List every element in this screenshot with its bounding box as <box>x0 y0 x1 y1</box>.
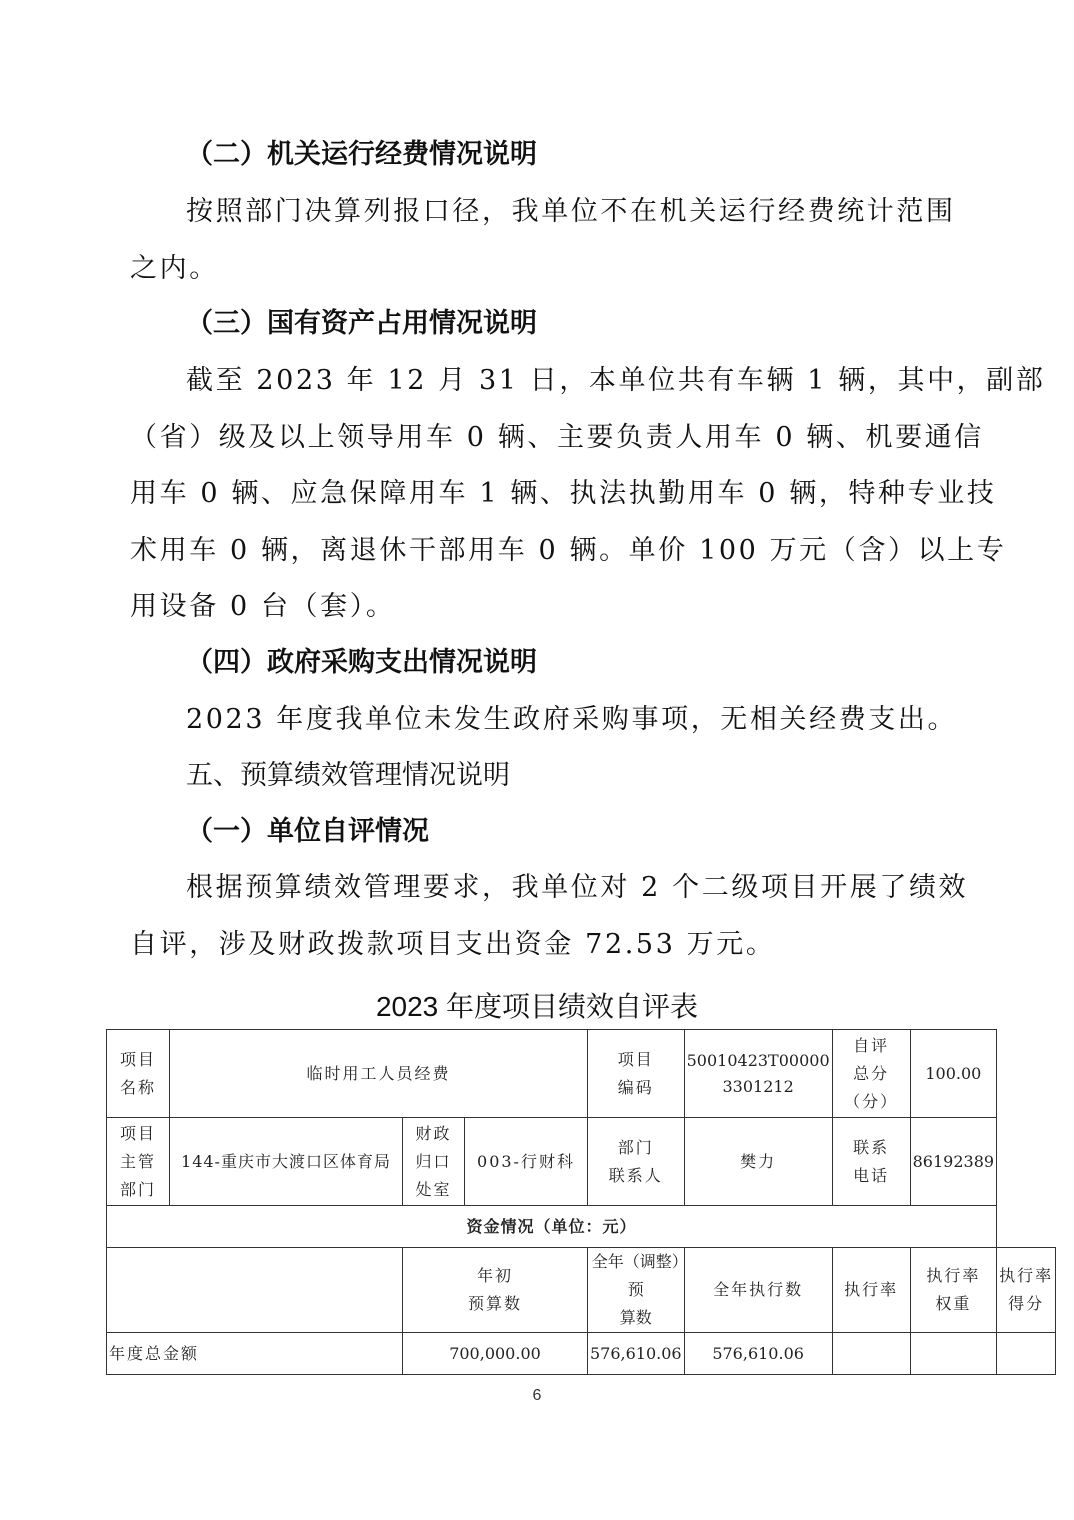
paragraph-line: 自评，涉及财政拨款项目支出资金 72.53 万元。 <box>130 930 775 960</box>
paragraph-line: 按照部门决算列报口径，我单位不在机关运行经费统计范围 <box>186 197 956 227</box>
section-heading-2: （二）机关运行经费情况说明 <box>186 140 537 170</box>
paragraph-line: 术用车 0 辆，离退休干部用车 0 辆。单价 100 万元（含）以上专 <box>130 536 1006 566</box>
header-adjusted-budget: 全年（调整）预算数 <box>588 1248 685 1333</box>
label-finance-office: 财政归口处室 <box>403 1118 465 1206</box>
total-label: 年度总金额 <box>107 1333 403 1375</box>
total-exec-rate <box>832 1333 910 1375</box>
paragraph-line: 截至 2023 年 12 月 31 日，本单位共有车辆 1 辆，其中，副部 <box>186 366 1045 396</box>
table-title: 2023 年度项目绩效自评表 <box>0 985 1074 1025</box>
header-blank <box>107 1248 403 1333</box>
value-phone: 86192389 <box>910 1118 996 1206</box>
header-exec-rate-score: 执行率得分 <box>997 1248 1056 1333</box>
performance-evaluation-table: 项目名称 临时用工人员经费 项目编码 50010423T000003301212… <box>106 1029 1056 1375</box>
total-initial-budget: 700,000.00 <box>403 1333 588 1375</box>
total-adjusted-budget: 576,610.06 <box>588 1333 685 1375</box>
table-row-funding-header: 资金情况（单位：元） <box>107 1206 1056 1248</box>
paragraph-line: （省）级及以上领导用车 0 辆、主要负责人用车 0 辆、机要通信 <box>130 423 984 453</box>
section-heading-5-1: （一）单位自评情况 <box>186 817 429 847</box>
table-row-project-name: 项目名称 临时用工人员经费 项目编码 50010423T000003301212… <box>107 1030 1056 1118</box>
section-heading-4: （四）政府采购支出情况说明 <box>186 648 537 678</box>
header-exec-rate-weight: 执行率权重 <box>910 1248 996 1333</box>
total-executed: 576,610.06 <box>684 1333 832 1375</box>
funding-section-header: 资金情况（单位：元） <box>107 1206 997 1248</box>
paragraph-line: 用车 0 辆、应急保障用车 1 辆、执法执勤用车 0 辆，特种专业技 <box>130 479 996 509</box>
paragraph-line: 根据预算绩效管理要求，我单位对 2 个二级项目开展了绩效 <box>186 873 968 903</box>
total-weight <box>910 1333 996 1375</box>
label-project-code: 项目编码 <box>588 1030 685 1118</box>
table-row-department: 项目主管部门 144-重庆市大渡口区体育局 财政归口处室 003-行财科 部门联… <box>107 1118 1056 1206</box>
value-finance-office: 003-行财科 <box>465 1118 588 1206</box>
label-phone: 联系电话 <box>832 1118 910 1206</box>
label-self-score: 自评总分（分） <box>832 1030 910 1118</box>
total-score <box>997 1333 1056 1375</box>
value-supervising-dept: 144-重庆市大渡口区体育局 <box>170 1118 403 1206</box>
table-row-column-headers: 年初预算数 全年（调整）预算数 全年执行数 执行率 执行率权重 执行率得分 <box>107 1248 1056 1333</box>
section-heading-3: （三）国有资产占用情况说明 <box>186 309 537 339</box>
paragraph-line: 2023 年度我单位未发生政府采购事项，无相关经费支出。 <box>186 705 957 735</box>
label-supervising-dept: 项目主管部门 <box>107 1118 170 1206</box>
chapter-heading-5: 五、预算绩效管理情况说明 <box>186 761 510 791</box>
value-project-code: 50010423T000003301212 <box>684 1030 832 1118</box>
label-project-name: 项目名称 <box>107 1030 170 1118</box>
value-dept-contact: 樊力 <box>684 1118 832 1206</box>
paragraph-line: 用设备 0 台（套）。 <box>130 592 395 622</box>
header-executed: 全年执行数 <box>684 1248 832 1333</box>
paragraph-line: 之内。 <box>130 254 219 284</box>
header-initial-budget: 年初预算数 <box>403 1248 588 1333</box>
header-exec-rate: 执行率 <box>832 1248 910 1333</box>
value-self-score: 100.00 <box>910 1030 996 1118</box>
page-number: 6 <box>0 1387 1074 1405</box>
table-row-total: 年度总金额 700,000.00 576,610.06 576,610.06 <box>107 1333 1056 1375</box>
value-project-name: 临时用工人员经费 <box>170 1030 588 1118</box>
label-dept-contact: 部门联系人 <box>588 1118 685 1206</box>
